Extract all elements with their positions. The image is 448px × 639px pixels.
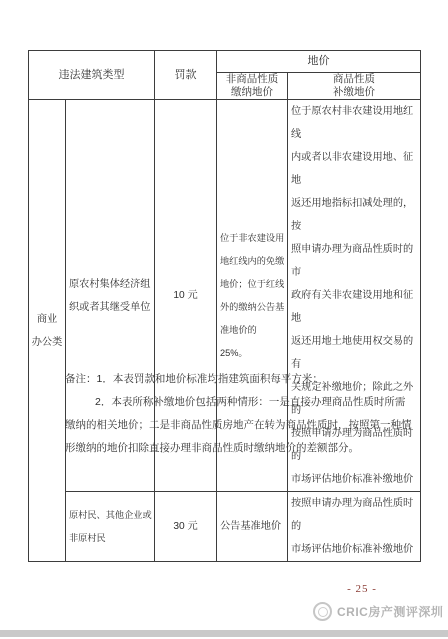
- page-bottom-edge: [0, 630, 448, 637]
- subject-cell: 原村民、其他企业或 非原村民: [66, 492, 155, 562]
- header-non-commodity-price: 非商品性质 缴纳地价: [217, 73, 288, 100]
- fine-cell: 30 元: [155, 492, 217, 562]
- header-building-type: 违法建筑类型: [29, 51, 155, 100]
- table-row: 原村民、其他企业或 非原村民 30 元 公告基准地价 按照申请办理为商品性质时的…: [29, 492, 421, 562]
- note-2: 2．本表所称补缴地价包括两种情形：一是直接办理商品性质时所需 缴纳的相关地价；二…: [65, 391, 419, 460]
- watermark-text: CRIC房产测评深圳: [337, 603, 443, 620]
- cric-logo-icon: [313, 602, 332, 621]
- non-commodity-price-cell: 公告基准地价: [217, 492, 288, 562]
- page-number: - 25 -: [336, 583, 388, 595]
- penalty-land-price-table: 违法建筑类型 罚款 地价 非商品性质 缴纳地价 商品性质 补缴地价 商业 办公类…: [28, 50, 421, 562]
- watermark: CRIC房产测评深圳: [313, 602, 443, 621]
- header-land-price: 地价: [217, 51, 421, 73]
- commodity-price-cell: 按照申请办理为商品性质时的 市场评估地价标准补缴地价: [288, 492, 421, 562]
- table-notes: 备注：1．本表罚款和地价标准均指建筑面积每平方米； 2．本表所称补缴地价包括两种…: [65, 368, 419, 460]
- category-cell: 商业 办公类: [29, 100, 66, 562]
- header-fine: 罚款: [155, 51, 217, 100]
- header-commodity-price: 商品性质 补缴地价: [288, 73, 421, 100]
- note-1: 备注：1．本表罚款和地价标准均指建筑面积每平方米；: [65, 368, 419, 391]
